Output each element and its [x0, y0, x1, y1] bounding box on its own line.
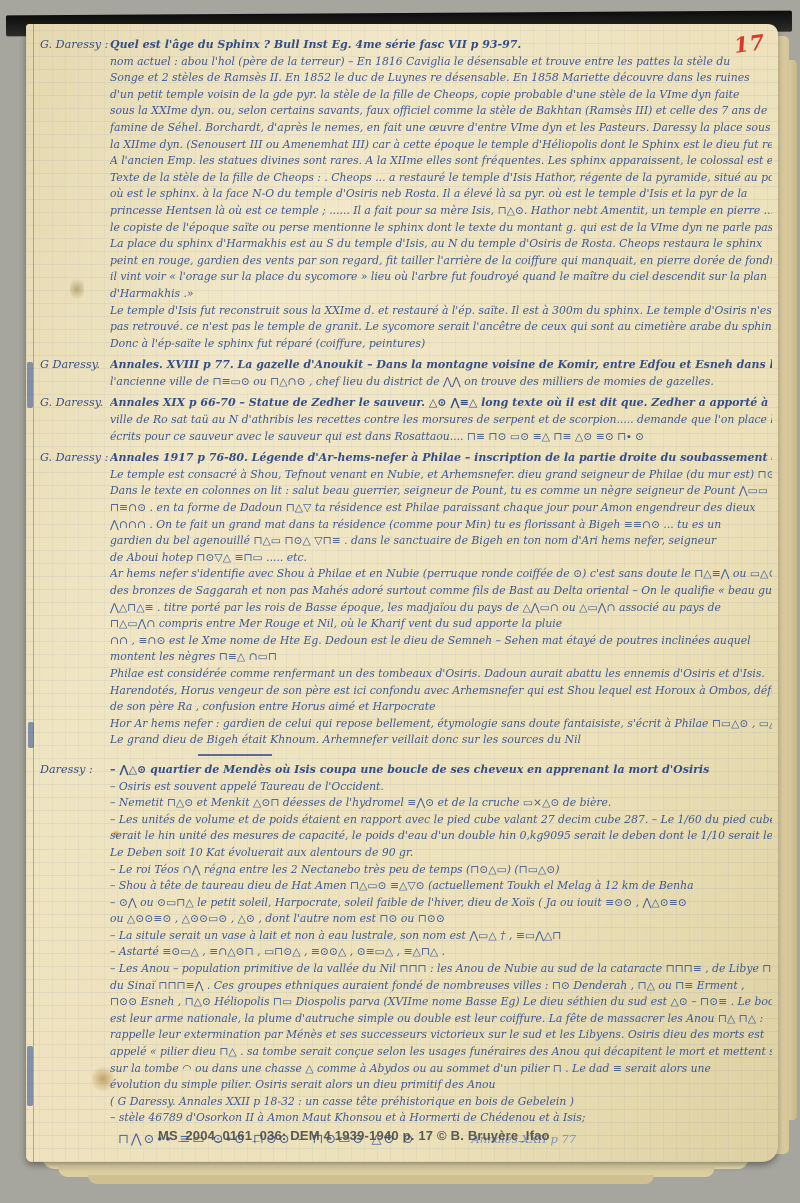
manuscript-line: ⊓△▭⋀∩ compris entre Mer Rouge et Nil, où… [110, 616, 772, 633]
section-statue-zedher: G. Daressy. Annales XIX p 66-70 – Statue… [40, 395, 772, 445]
manuscript-line: Donc à l'ép-saïte le sphinx fut réparé (… [110, 336, 772, 353]
manuscript-line: – La situle serait un vase à lait et non… [110, 928, 772, 945]
section-divider [198, 754, 272, 756]
manuscript-line: gardien du bel agenouillé ⊓△▭ ⊓⊙△ ▽⊓≡ . … [110, 533, 772, 550]
manuscript-line: Songe et 2 stèles de Ramsès II. En 1852 … [110, 70, 772, 87]
manuscript-line: ∩∩ , ≡∩⊙ est le Xme nome de Hte Eg. Dedo… [110, 633, 772, 650]
section-heading: Annales. XVIII p 77. La gazelle d'Anouki… [110, 357, 772, 374]
section-arhemsnefer: G. Daressy : Annales 1917 p 76-80. Légen… [40, 450, 772, 749]
manuscript-line: évolution du simple pilier. Osiris serai… [110, 1077, 772, 1094]
manuscript-line: – Nemetit ⊓△⊙ et Menkit △⊙⊓ déesses de l… [110, 795, 772, 812]
manuscript-line: – Astarté ≡⊙▭△ , ≡∩△⊙⊓ , ▭⊓⊙△ , ≡⊙⊙△ , ⊙… [110, 944, 772, 961]
manuscript-line: ⋀∩∩∩ . On te fait un grand mat dans ta r… [110, 517, 772, 534]
photographed-notebook-scan: 17 G. Daressy : Quel est l'âge du Sphinx… [0, 0, 800, 1203]
manuscript-line: Le temple d'Isis fut reconstruit sous la… [110, 303, 772, 320]
section-sphinx-age: G. Daressy : Quel est l'âge du Sphinx ? … [40, 37, 772, 352]
manuscript-line: – Osiris est souvent appelé Taureau de l… [110, 779, 772, 796]
manuscript-line: il vint voir « l'orage sur la place du s… [110, 269, 772, 286]
author-label: G. Daressy : [40, 450, 110, 467]
manuscript-line: princesse Hentsen là où est ce temple ; … [110, 203, 772, 220]
manuscript-line: – ⊙⋀ ou ⊙▭⊓△ le petit soleil, Harpocrate… [110, 895, 772, 912]
ink-smudge [27, 362, 33, 408]
manuscript-line: le copiste de l'époque saïte ou perse me… [110, 220, 772, 237]
manuscript-line: – stèle 46789 d'Osorkon II à Amon Maut K… [110, 1110, 772, 1127]
manuscript-line: la XIIme dyn. (Senousert III ou Amenemha… [110, 137, 772, 154]
manuscript-line: d'un petit temple voisin de la gde pyr. … [110, 87, 772, 104]
section-heading: Quel est l'âge du Sphinx ? Bull Inst Eg.… [110, 37, 772, 54]
manuscript-line: sur la tombe ◠ ou dans une chasse △ comm… [110, 1061, 772, 1078]
manuscript-line: – Les Anou – population primitive de la … [110, 961, 772, 978]
manuscript-line: La place du sphinx d'Harmakhis est au S … [110, 236, 772, 253]
manuscript-line: Ar hems nefer s'identifie avec Shou à Ph… [110, 566, 772, 583]
manuscript-line: – Le roi Téos ∩⋀ régna entre les 2 Necta… [110, 862, 772, 879]
archive-watermark: MS_2004_0161_036: DEM 4 1939-1940 p. 17 … [158, 1128, 698, 1143]
manuscript-line: du Sinaï ⊓⊓⊓≡⋀ . Ces groupes ethniques a… [110, 978, 772, 995]
author-label: Daressy : [40, 762, 110, 779]
manuscript-line: peint en rouge, gardien des vents par so… [110, 253, 772, 270]
manuscript-line: ( G Daressy. Annales XXII p 18-32 : un c… [110, 1094, 772, 1111]
margin-fold-line [33, 24, 34, 1162]
manuscript-line: l'ancienne ville de ⊓≡▭⊙ ou ⊓△∩⊙ , chef … [110, 374, 772, 391]
manuscript-line: A l'ancien Emp. les statues divines sont… [110, 153, 772, 170]
manuscript-line: ville de Ro sat taü au N d'athribis les … [110, 412, 772, 429]
page-stack-edge-bottom-3 [88, 1175, 654, 1184]
manuscript-line: sous la XXIme dyn. ou, selon certains sa… [110, 103, 772, 120]
manuscript-line: Harendotés, Horus vengeur de son père es… [110, 683, 772, 700]
manuscript-line: de son père Ra , confusion entre Horus a… [110, 699, 772, 716]
manuscript-line: Dans le texte en colonnes on lit : salut… [110, 483, 772, 500]
manuscript-line: appelé « pilier dieu ⊓△ . sa tombe serai… [110, 1044, 772, 1061]
manuscript-line: montent les nègres ⊓≡△ ∩▭⊓ [110, 649, 772, 666]
manuscript-line: pas retrouvé. ce n'est pas le temple de … [110, 319, 772, 336]
handwritten-content: G. Daressy : Quel est l'âge du Sphinx ? … [40, 37, 772, 1147]
author-label: G Daressy. [40, 357, 110, 374]
manuscript-line: des bronzes de Saggarah et non pas Mahés… [110, 583, 772, 600]
manuscript-line: d'Harmakhis .» [110, 286, 772, 303]
manuscript-line: écrits pour ce sauveur avec le sauveur q… [110, 429, 772, 446]
manuscript-line: famine de Séhel. Borchardt, d'après le n… [110, 120, 772, 137]
manuscript-line: – Les unités de volume et de poids étaie… [110, 812, 772, 829]
section-heading: Annales 1917 p 76-80. Légende d'Ar-hems-… [110, 450, 772, 467]
section-gazelle-anoukit: G Daressy. Annales. XVIII p 77. La gazel… [40, 357, 772, 390]
manuscript-line: ⊓≡∩⊙ . en ta forme de Dadoun ⊓△▽ ta rési… [110, 500, 772, 517]
section-daressy-notes: Daressy : – ⋀△⊙ quartier de Mendès où Is… [40, 762, 772, 1127]
manuscript-line: Le temple est consacré à Shou, Tefnout v… [110, 467, 772, 484]
manuscript-line: ⊓⊙⊙ Esneh , ⊓△⊙ Héliopolis ⊓▭ Diospolis … [110, 994, 772, 1011]
manuscript-line: de Aboui hotep ⊓⊙▽△ ≡⊓▭ ..... etc. [110, 550, 772, 567]
manuscript-line: Philae est considérée comme renfermant u… [110, 666, 772, 683]
author-label: G. Daressy. [40, 395, 110, 412]
manuscript-line: rappelle leur extermination par Ménès et… [110, 1027, 772, 1044]
page-stack-edge-right-outer [789, 60, 797, 1120]
manuscript-line: Le Deben soit 10 Kat évoluerait aux alen… [110, 845, 772, 862]
manuscript-line: – Shou à tête de taureau dieu de Hat Ame… [110, 878, 772, 895]
manuscript-line: est leur arme nationale, la plume d'autr… [110, 1011, 772, 1028]
manuscript-line: ⋀△⊓△≡ . titre porté par les rois de Bass… [110, 600, 772, 617]
manuscript-line: ou △⊙⊙≡⊙ , △⊙⊙▭⊙ , △⊙ , dont l'autre nom… [110, 911, 772, 928]
manuscript-line: Hor Ar hems nefer : gardien de celui qui… [110, 716, 772, 733]
manuscript-line: Le grand dieu de Bigeh était Khnoum. Arh… [110, 732, 772, 749]
ink-smudge [27, 1046, 33, 1106]
section-heading: Annales XIX p 66-70 – Statue de Zedher l… [110, 395, 772, 412]
author-label: G. Daressy : [40, 37, 110, 54]
manuscript-line: où est le sphinx. à la face N-O du templ… [110, 186, 772, 203]
manuscript-line: Texte de la stèle de la fille de Cheops … [110, 170, 772, 187]
manuscript-page: 17 G. Daressy : Quel est l'âge du Sphinx… [26, 24, 778, 1162]
section-heading: – ⋀△⊙ quartier de Mendès où Isis coupa u… [110, 762, 772, 779]
ink-smudge [28, 722, 34, 748]
manuscript-line: nom actuel : abou l'hol (père de la terr… [110, 54, 772, 71]
manuscript-line: serait le hin unité des mesures de capac… [110, 828, 772, 845]
